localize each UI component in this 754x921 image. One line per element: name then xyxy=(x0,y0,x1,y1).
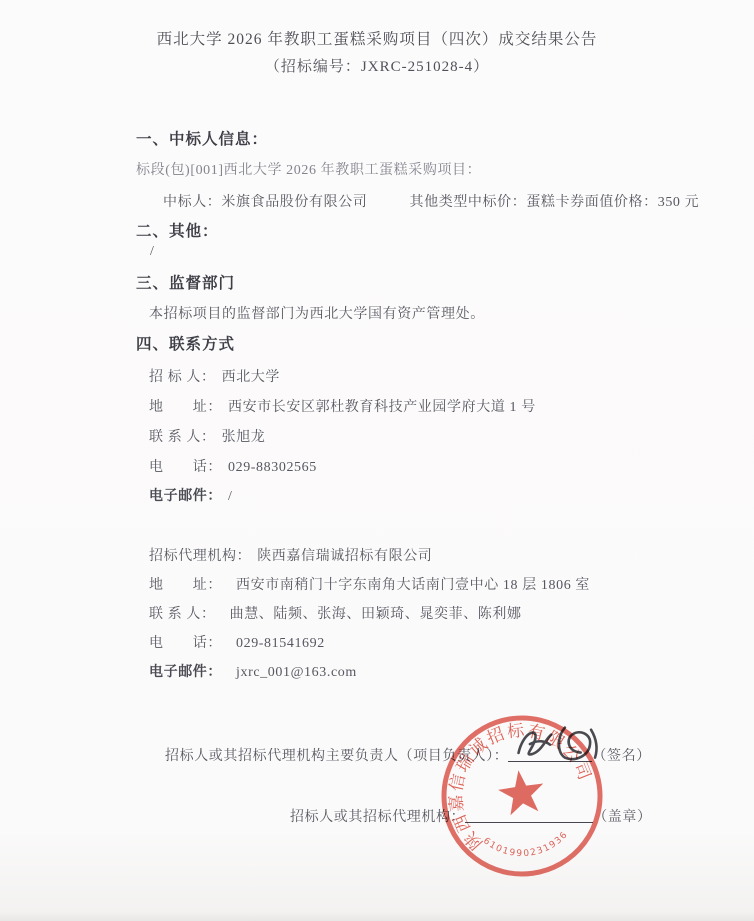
row-value: 西安市长安区郭杜教育科技产业园学府大道 1 号 xyxy=(228,400,536,415)
tenderer-row-address: 地 址：西安市长安区郭杜教育科技产业园学府大道 1 号 xyxy=(149,396,536,416)
row-label: 电子邮件： xyxy=(149,661,222,681)
supervision-content: 本招标项目的监督部门为西北大学国有资产管理处。 xyxy=(149,303,485,323)
section-other-heading: 二、其他： xyxy=(136,219,219,241)
row-label: 电子邮件： xyxy=(149,485,222,505)
row-label: 电 话： xyxy=(149,456,222,476)
section-supervision-heading: 三、监督部门 xyxy=(136,271,235,293)
agency-row-address: 地 址：西安市南稍门十字东南角大话南门壹中心 18 层 1806 室 xyxy=(149,574,590,594)
winner-value: 米旗食品股份有限公司 xyxy=(221,195,367,210)
tenderer-row-phone: 电 话：029-88302565 xyxy=(149,456,317,476)
row-value: 西安市南稍门十字东南角大话南门壹中心 18 层 1806 室 xyxy=(236,578,590,593)
row-label: 联 系 人： xyxy=(149,603,216,623)
doc-subtitle: （招标编号：JXRC-251028-4） xyxy=(0,55,754,76)
section-contact-heading: 四、联系方式 xyxy=(136,332,235,354)
doc-title: 西北大学 2026 年教职工蛋糕采购项目（四次）成交结果公告 xyxy=(0,27,754,49)
tenderer-row-contact-person: 联 系 人：张旭龙 xyxy=(149,426,265,446)
winner-line: 中标人：米旗食品股份有限公司 其他类型中标价：蛋糕卡券面值价格：350 元 xyxy=(163,191,699,211)
row-label: 地 址： xyxy=(149,396,222,416)
package-line: 标段(包)[001]西北大学 2026 年教职工蛋糕采购项目： xyxy=(136,159,481,179)
tenderer-row-email: 电子邮件：/ xyxy=(149,485,233,505)
row-label: 招标代理机构： xyxy=(149,545,251,565)
price-label: 其他类型中标价： xyxy=(410,195,527,210)
row-value: 曲慧、陆频、张海、田颖琦、晁奕菲、陈利娜 xyxy=(230,607,522,622)
seal-number-text: 6101990231936 xyxy=(480,825,573,865)
row-value: 029-88302565 xyxy=(228,460,317,475)
section-winner-heading: 一、中标人信息： xyxy=(136,127,268,149)
row-value: 陕西嘉信瑞诚招标有限公司 xyxy=(257,549,432,564)
row-value: 西北大学 xyxy=(222,370,280,385)
row-label: 地 址： xyxy=(149,574,222,594)
row-value: 张旭龙 xyxy=(222,430,266,445)
agency-row-phone: 电 话：029-81541692 xyxy=(149,632,325,652)
agency-row-email: 电子邮件：jxrc_001@163.com xyxy=(149,661,357,681)
row-value: / xyxy=(228,489,233,504)
other-content: / xyxy=(150,244,155,260)
row-value: jxrc_001@163.com xyxy=(236,665,357,680)
row-value: 029-81541692 xyxy=(236,636,325,651)
agency-row-contact-person: 联 系 人：曲慧、陆频、张海、田颖琦、晁奕菲、陈利娜 xyxy=(149,603,522,623)
price-group: 其他类型中标价：蛋糕卡券面值价格：350 元 xyxy=(410,195,700,210)
document-page: 西北大学 2026 年教职工蛋糕采购项目（四次）成交结果公告 （招标编号：JXR… xyxy=(0,0,754,921)
row-label: 联 系 人： xyxy=(149,426,216,446)
handwritten-signature xyxy=(506,712,614,775)
price-value: 蛋糕卡券面值价格：350 元 xyxy=(526,195,699,210)
row-label: 招 标 人： xyxy=(149,366,216,386)
row-label: 电 话： xyxy=(149,632,222,652)
tenderer-row-name: 招 标 人：西北大学 xyxy=(149,366,280,386)
agency-row-name: 招标代理机构：陕西嘉信瑞诚招标有限公司 xyxy=(149,545,432,565)
winner-label: 中标人： xyxy=(163,191,221,211)
